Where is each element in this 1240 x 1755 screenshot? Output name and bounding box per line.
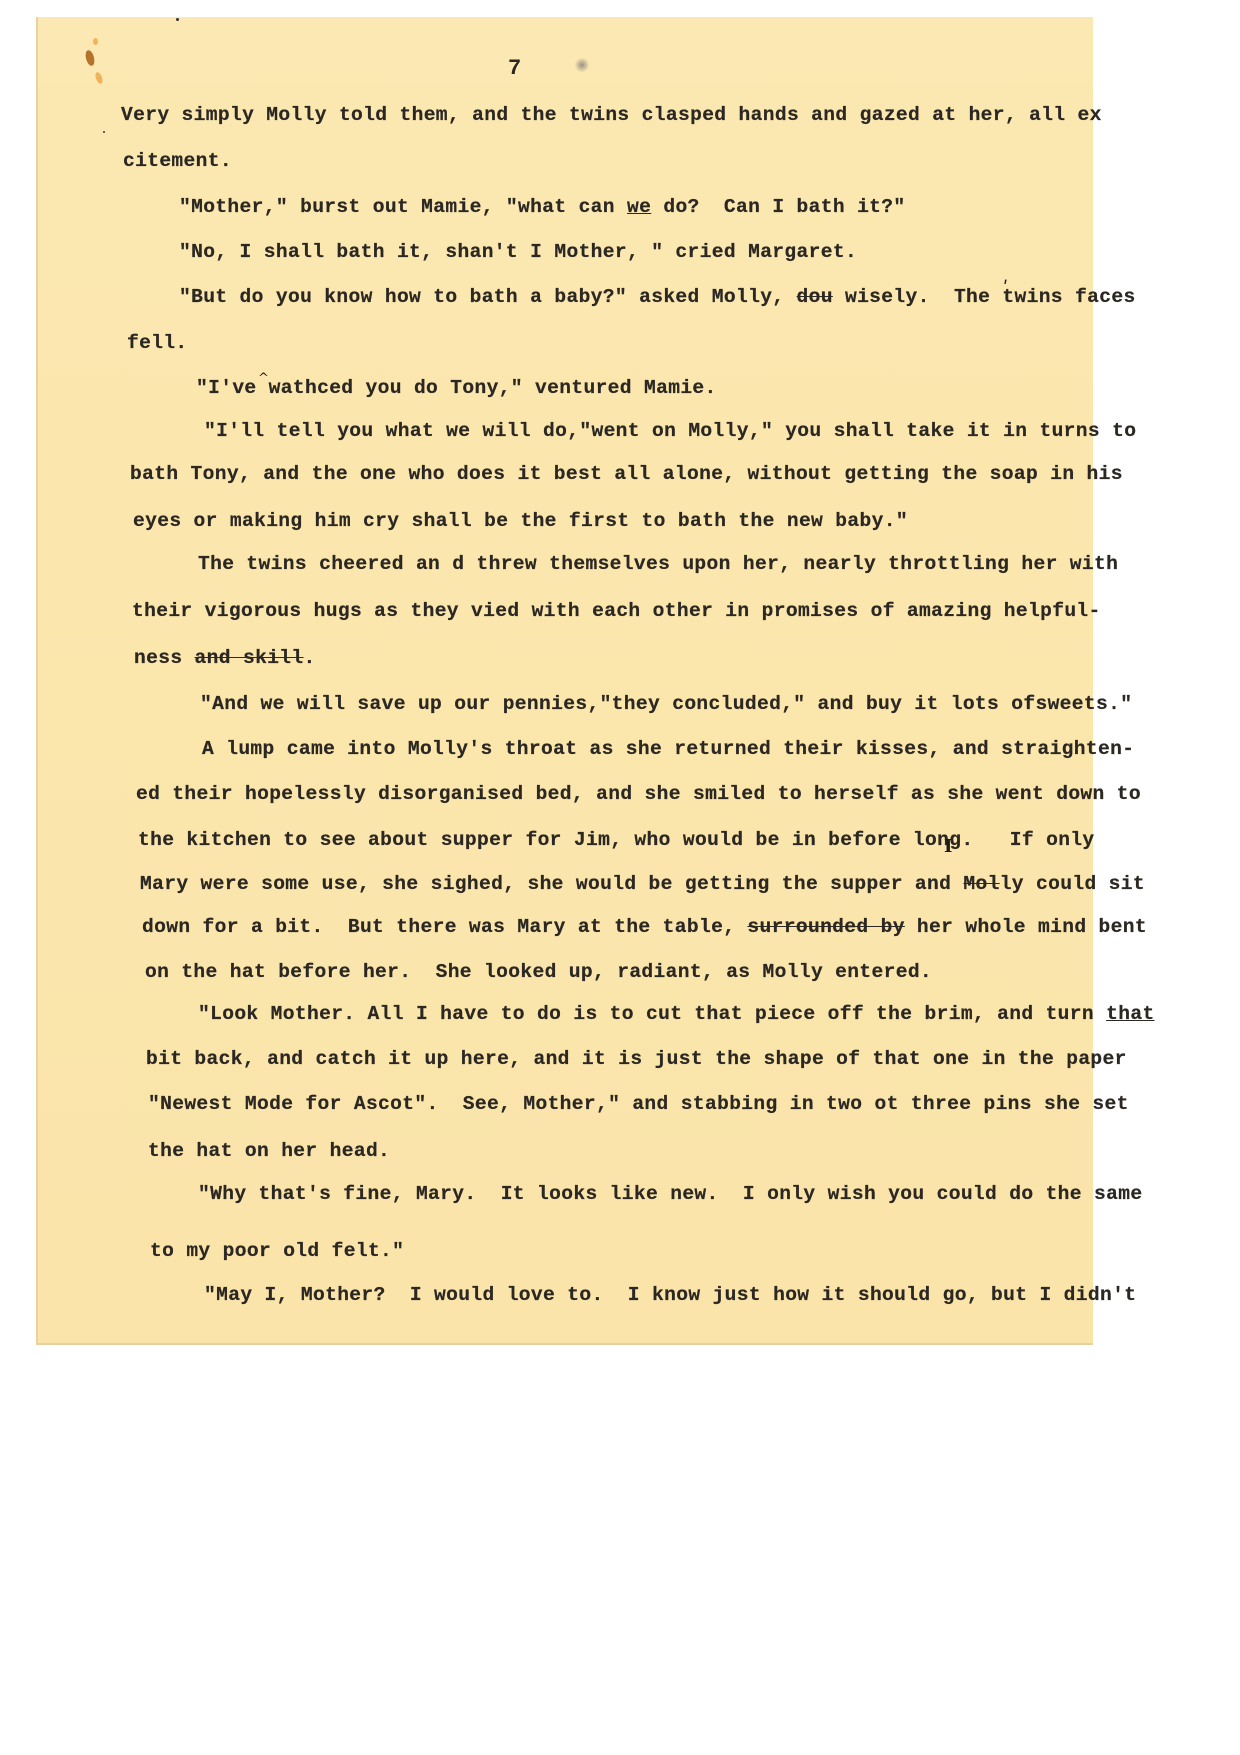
text-line: "Why that's fine, Mary. It looks like ne… [198, 1183, 1142, 1205]
text-segment: A lump came into Molly's throat as she r… [202, 738, 1134, 760]
text-segment: do? Can I bath it?" [651, 196, 905, 218]
text-segment: bit back, and catch it up here, and it i… [146, 1048, 1127, 1070]
text-segment: down for a bit. But there was Mary at th… [142, 916, 747, 938]
text-segment: Very simply Molly told them, and the twi… [121, 104, 1102, 126]
text-line: to my poor old felt." [150, 1240, 404, 1262]
text-line: "Mother," burst out Mamie, "what can we … [179, 196, 906, 218]
text-line: Very simply Molly told them, and the twi… [121, 104, 1102, 126]
text-segment: "May I, Mother? I would love to. I know … [204, 1284, 1136, 1306]
text-segment: "No, I shall bath it, shan't I Mother, "… [179, 241, 857, 263]
text-segment: her whole mind bent [905, 916, 1147, 938]
text-segment: fell. [127, 332, 188, 354]
text-line: "Look Mother. All I have to do is to cut… [198, 1003, 1155, 1025]
text-line: ness and skill. [134, 647, 316, 669]
text-segment: "I'll tell you what we will do,"went on … [204, 420, 1136, 442]
text-line: citement. [123, 150, 232, 172]
text-segment: citement. [123, 150, 232, 172]
page-number: 7 [508, 56, 521, 81]
text-line: the hat on her head. [148, 1140, 390, 1162]
text-line: "May I, Mother? I would love to. I know … [204, 1284, 1136, 1306]
struck-text: surrounded by [747, 916, 904, 938]
text-line: "Newest Mode for Ascot". See, Mother," a… [148, 1093, 1129, 1115]
text-segment: The twins cheered an d threw themselves … [198, 553, 1118, 575]
text-line: A lump came into Molly's throat as she r… [202, 738, 1134, 760]
text-segment: the hat on her head. [148, 1140, 390, 1162]
text-line: The twins cheered an d threw themselves … [198, 553, 1118, 575]
text-segment: to my poor old felt." [150, 1240, 404, 1262]
text-segment: "I've wathced you do Tony," ventured Mam… [196, 377, 717, 399]
text-segment: "Mother," burst out Mamie, "what can [179, 196, 627, 218]
text-line: "But do you know how to bath a baby?" as… [179, 286, 1136, 308]
ink-smudge [575, 58, 589, 72]
text-segment: Mary were some use, she sighed, she woul… [140, 873, 963, 895]
text-line: fell. [127, 332, 188, 354]
handwritten-caret: ^ [258, 371, 269, 386]
text-line: ed their hopelessly disorganised bed, an… [136, 783, 1141, 805]
text-line: eyes or making him cry shall be the firs… [133, 510, 908, 532]
text-line: bit back, and catch it up here, and it i… [146, 1048, 1127, 1070]
struck-text: and skill [195, 647, 304, 669]
stain-mark [93, 38, 98, 45]
text-segment: bath Tony, and the one who does it best … [130, 463, 1123, 485]
speck [103, 131, 105, 133]
text-segment: on the hat before her. She looked up, ra… [145, 961, 932, 983]
text-line: "No, I shall bath it, shan't I Mother, "… [179, 241, 857, 263]
handwritten-apostrophe: ʹ [1003, 278, 1008, 299]
underlined-text: we [627, 196, 651, 218]
text-line: "I'll tell you what we will do,"went on … [204, 420, 1136, 442]
text-segment: "Newest Mode for Ascot". See, Mother," a… [148, 1093, 1129, 1115]
struck-text: Mol [963, 873, 999, 895]
underlined-text: that [1106, 1003, 1154, 1025]
text-segment: "But do you know how to bath a baby?" as… [179, 286, 797, 308]
text-line: their vigorous hugs as they vied with ea… [132, 600, 1101, 622]
text-segment: eyes or making him cry shall be the firs… [133, 510, 908, 532]
speck [176, 18, 179, 21]
text-line: on the hat before her. She looked up, ra… [145, 961, 932, 983]
text-line: bath Tony, and the one who does it best … [130, 463, 1123, 485]
text-segment: their vigorous hugs as they vied with ea… [132, 600, 1101, 622]
text-segment: "Look Mother. All I have to do is to cut… [198, 1003, 1106, 1025]
handwritten-correction: I [944, 836, 952, 857]
text-segment: . [304, 647, 316, 669]
struck-text: dou [797, 286, 833, 308]
text-line: Mary were some use, she sighed, she woul… [140, 873, 1145, 895]
text-segment: ness [134, 647, 195, 669]
text-line: "And we will save up our pennies,"they c… [200, 693, 1132, 715]
text-segment: "Why that's fine, Mary. It looks like ne… [198, 1183, 1142, 1205]
text-line: down for a bit. But there was Mary at th… [142, 916, 1147, 938]
text-segment: ly could sit [1000, 873, 1145, 895]
text-line: "I've wathced you do Tony," ventured Mam… [196, 377, 717, 399]
text-segment: "And we will save up our pennies,"they c… [200, 693, 1132, 715]
text-segment: wisely. The twins faces [833, 286, 1136, 308]
text-segment: ed their hopelessly disorganised bed, an… [136, 783, 1141, 805]
